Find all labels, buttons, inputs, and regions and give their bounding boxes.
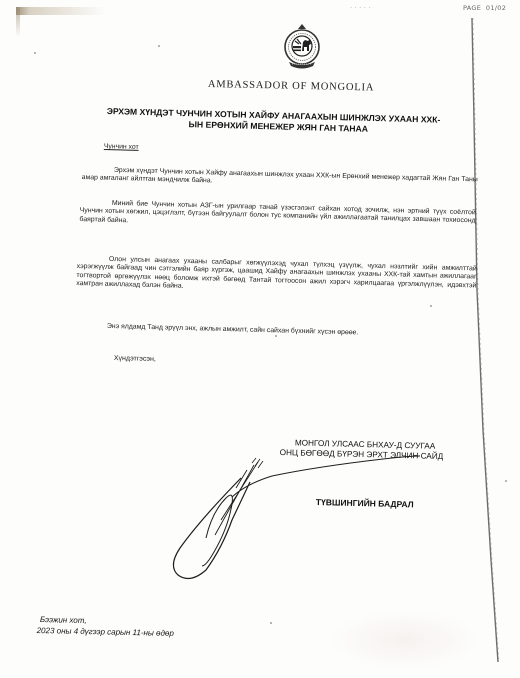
fax-header-faded-text: · · · · · [350,4,371,11]
closing-phrase: Хүндэтгэсэн, [114,355,156,363]
paragraph-text: Миний бие Чунчин хотын АЗГ-ын урилгаар т… [79,200,475,225]
fax-page-number: 01/02 [486,4,506,12]
scan-edge-shadow [16,7,106,15]
scan-speck [34,52,36,54]
salutation-city: Чунчин хот [104,143,139,151]
fax-page-indicator: PAGE 01/02 [463,4,506,12]
scan-speck [275,335,277,337]
paragraph-cooperation: Олон улсын анагаах ухааны салбарыг хөгжү… [76,255,477,299]
paragraph-visit: Миний бие Чунчин хотын АЗГ-ын урилгаар т… [79,199,476,235]
paragraph-greeting: Эрхэм хүндэт Чунчин хотын Хайфу анагаахы… [82,166,478,193]
paragraph-wishes: Энэ ялдамд Танд эрүүл энх, ажлын амжилт,… [75,322,475,341]
paragraph-text: Эрхэм хүндэт Чунчин хотын Хайфу анагаахы… [82,167,478,185]
scan-speck [158,45,160,47]
fax-page-label: PAGE [463,4,481,12]
scan-speck [430,305,432,307]
letterhead-title: AMBASSADOR OF MONGOLIA [208,79,375,93]
signatory-title: МОНГОЛ УЛСААС БНХАУ-Д СУУГАА ОНЦ БӨГӨӨД … [280,438,444,462]
mongolia-emblem-icon [280,22,324,74]
date-text: 2023 оны 4 дүгээр сарын 11-ны өдөр [37,625,174,639]
scan-edge-shadow-vertical [16,7,20,37]
paragraph-text: Олон улсын анагаах ухааны салбарыг хөгжү… [76,256,477,290]
letter-page: · · · · · PAGE 01/02 AMBASSADOR OF MONGO… [0,0,520,678]
signatory-name: ТҮВШИНГИЙН БАДРАЛ [316,497,414,509]
subject-heading: ЭРХЭМ ХҮНДЭТ ЧУНЧИН ХОТЫН ХАЙФУ АНАГААХЫ… [106,106,486,137]
faded-watermark [330,610,480,670]
scan-speck [505,480,507,482]
place-and-date: Бээжин хот, 2023 оны 4 дүгээр сарын 11-н… [37,614,175,639]
scan-speck [270,622,272,624]
paragraph-text: Энэ ялдамд Танд эрүүл энх, ажлын амжилт,… [107,323,359,337]
